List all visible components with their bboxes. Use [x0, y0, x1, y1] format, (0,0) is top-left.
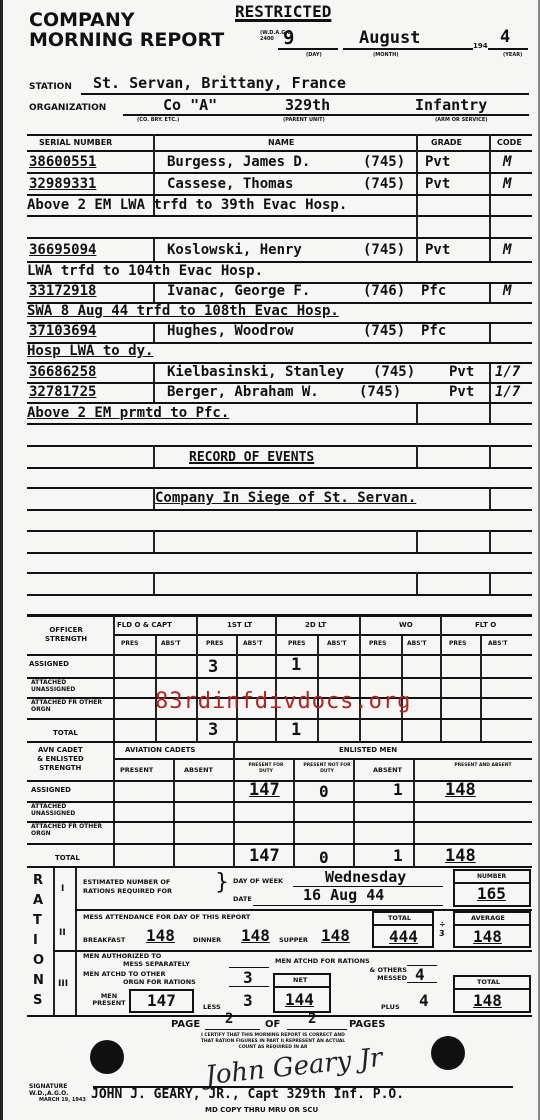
group-fld-o-capt: FLD O & CAPT	[117, 621, 172, 629]
arm-caption: (ARM OR SERVICE)	[435, 117, 488, 123]
section-iii-label: III	[58, 979, 68, 989]
events-col-divider	[416, 445, 418, 467]
page-underline	[205, 1029, 260, 1030]
roster-col-divider	[153, 237, 155, 263]
box-rule	[374, 924, 432, 926]
enlisted-strength-label: AVN CADET & ENLISTED STRENGTH	[37, 746, 84, 773]
subcol-pres: PRES	[449, 640, 466, 647]
label-line: MESSED	[349, 974, 407, 982]
col-serial-header: SERIAL NUMBER	[39, 138, 112, 147]
soldier-name: Burgess, James D.	[167, 154, 310, 170]
col-divider	[173, 760, 175, 867]
date-value: 16 Aug 44	[303, 886, 384, 904]
row-rule	[27, 741, 532, 743]
em-absent: 1	[393, 846, 403, 865]
subheader-rule	[113, 634, 532, 636]
number-value: 165	[477, 884, 506, 903]
form-title-line2: MORNING REPORT	[29, 30, 224, 50]
organization-parent-unit: 329th	[285, 96, 330, 114]
year-caption: (YEAR)	[503, 52, 522, 58]
mos-code: (745)	[363, 242, 405, 258]
row-rule	[27, 237, 532, 239]
subcol-present-for-duty: PRESENT FOR DUTY	[246, 763, 286, 775]
status-code: M	[503, 283, 511, 299]
pages-underline	[287, 1029, 347, 1030]
row-rule	[27, 402, 532, 404]
label-line: AVN CADET	[37, 746, 84, 755]
em-present-duty: 147	[249, 846, 280, 866]
organization-underline	[123, 114, 529, 116]
plus-label: PLUS	[381, 1003, 400, 1011]
row-label: TOTAL	[55, 854, 80, 862]
day-of-week-value: Wednesday	[325, 868, 406, 886]
serial-number: 33172918	[29, 283, 96, 299]
roster-col-divider	[489, 363, 491, 423]
events-entry: Company In Siege of St. Servan.	[155, 490, 416, 506]
form-ref: W.D.,A.G.O.	[29, 1090, 86, 1097]
row-rule	[27, 215, 532, 217]
col-divider	[113, 743, 115, 867]
form-title: COMPANY MORNING REPORT	[29, 10, 224, 50]
mos-code: (745)	[363, 323, 405, 339]
less-label: LESS	[203, 1003, 221, 1011]
rations-letter: I	[33, 933, 38, 948]
subcol-absent: ABSENT	[184, 766, 213, 774]
section-ii-label: II	[59, 928, 66, 938]
net-label: NET	[293, 976, 307, 984]
organization-company: Co "A"	[163, 96, 217, 114]
date-label: DATE	[233, 895, 252, 903]
remark-line: SWA 8 Aug 44 trfd to 108th Evac Hosp.	[27, 303, 339, 319]
soldier-name: Ivanac, George F.	[167, 283, 310, 299]
copy-note: MD COPY THRU MRU OR SCU	[205, 1106, 318, 1114]
report-day: 9	[283, 27, 294, 49]
grade: Pvt	[449, 384, 474, 400]
estimated-rations-label: ESTIMATED NUMBER OF RATIONS REQUIRED FOR	[83, 878, 172, 896]
officer-value: 3	[208, 657, 218, 677]
events-col-divider	[489, 487, 491, 509]
events-col-divider	[489, 572, 491, 594]
row-rule	[27, 530, 532, 532]
col-divider	[480, 636, 482, 742]
subheader-rule	[113, 758, 532, 760]
em-present-absent: 148	[445, 780, 476, 800]
roster-top-border	[27, 134, 532, 136]
row-rule	[27, 843, 532, 845]
status-code: 1/7	[495, 384, 520, 400]
brace: }	[215, 870, 229, 895]
label-line: & OTHERS	[349, 966, 407, 974]
roster-col-divider	[153, 283, 155, 303]
report-year: 4	[500, 27, 510, 47]
group-wo: WO	[399, 621, 413, 629]
serial-number: 32989331	[29, 176, 96, 192]
mos-code: (745)	[363, 176, 405, 192]
row-label: ATTACHED FR OTHER ORGN	[31, 823, 111, 837]
rations-divider	[75, 868, 77, 1016]
officer-value: 1	[291, 655, 301, 675]
label-line: ESTIMATED NUMBER OF	[83, 878, 172, 887]
em-present-duty: 147	[249, 780, 280, 800]
col-divider	[440, 616, 442, 742]
row-rule	[27, 445, 532, 447]
rations-letter: N	[33, 973, 44, 988]
group-2d-lt: 2D LT	[305, 621, 326, 629]
table-border	[27, 614, 532, 617]
row-rule	[27, 172, 532, 174]
col-divider	[196, 616, 198, 742]
organization-arm: Infantry	[415, 96, 487, 114]
section3-total-value: 148	[473, 991, 502, 1010]
subcol-abst: ABS'T	[243, 640, 262, 647]
serial-number: 36695094	[29, 242, 96, 258]
remark-line: Above 2 EM prmtd to Pfc.	[27, 405, 229, 421]
soldier-name: Hughes, Woodrow	[167, 323, 293, 339]
roster-col-divider	[489, 237, 491, 263]
box-rule	[455, 988, 529, 990]
binder-hole-left	[90, 1040, 124, 1074]
roster-col-divider	[489, 322, 491, 342]
row-rule	[27, 423, 532, 425]
mos-code: (746)	[363, 283, 405, 299]
atchd-for-label1: MEN ATCHD FOR RATIONS	[275, 957, 370, 965]
station-label: STATION	[29, 82, 72, 92]
atchd-for-value: 4	[415, 965, 425, 984]
remark-line: Above 2 EM LWA trfd to 39th Evac Hosp.	[27, 197, 347, 213]
label-line: MESS SEPARATELY	[83, 960, 190, 968]
enlisted-men-header: ENLISTED MEN	[339, 746, 397, 754]
label-line: ORGN FOR RATIONS	[83, 978, 196, 986]
signature-label-block: SIGNATURE W.D.,A.G.O. MARCH 19, 1943	[29, 1083, 86, 1104]
morning-report-page: COMPANY MORNING REPORT RESTRICTED (W.D.A…	[0, 0, 540, 1120]
form-title-line1: COMPANY	[29, 10, 224, 30]
roster-col-divider	[416, 134, 418, 241]
subcol-abst: ABS'T	[161, 640, 180, 647]
row-rule	[27, 594, 532, 596]
mess-attendance-label: MESS ATTENDANCE FOR DAY OF THIS REPORT	[83, 913, 250, 921]
average-value: 148	[473, 927, 502, 946]
col-name-header: NAME	[268, 138, 294, 147]
em-present-not-duty: 0	[319, 782, 329, 801]
aviation-cadets-header: AVIATION CADETS	[125, 746, 195, 754]
grade: Pvt	[449, 364, 474, 380]
mos-code: (745)	[373, 364, 415, 380]
events-heading: RECORD OF EVENTS	[189, 450, 314, 465]
row-label: ATTACHED UNASSIGNED	[31, 679, 111, 693]
organization-label: ORGANIZATION	[29, 103, 106, 113]
subcol-pres: PRES	[121, 640, 138, 647]
label-line: RATIONS REQUIRED FOR	[83, 887, 172, 896]
parent-caption: (PARENT UNIT)	[283, 117, 325, 123]
em-present-absent: 148	[445, 846, 476, 866]
subcol-present-not-for-duty: PRESENT NOT FOR DUTY	[300, 763, 354, 775]
events-col-divider	[153, 572, 155, 594]
label-line: MEN ATCHD TO OTHER	[83, 970, 196, 978]
em-absent: 1	[393, 780, 403, 799]
plus-value: 4	[419, 991, 429, 1010]
status-code: 1/7	[495, 364, 520, 380]
officer-value: 1	[291, 720, 301, 740]
col-divider	[353, 760, 355, 867]
label-line: MEN AUTHORIZED TO	[83, 952, 190, 960]
atchd-other-value: 3	[243, 968, 253, 987]
row-label: ATTACHED UNASSIGNED	[31, 803, 111, 817]
subcol-abst: ABS'T	[488, 640, 507, 647]
page-label: PAGE	[171, 1019, 200, 1030]
grade: Pfc	[421, 323, 446, 339]
events-col-divider	[416, 572, 418, 594]
breakfast-label: BREAKFAST	[83, 936, 125, 944]
row-rule	[27, 509, 532, 511]
divide-by-three: ÷ 3	[439, 920, 449, 938]
report-month: August	[359, 28, 420, 48]
officer-value: 3	[208, 720, 218, 740]
supper-value: 148	[321, 926, 350, 945]
soldier-name: Berger, Abraham W.	[167, 384, 319, 400]
mos-code: (745)	[363, 154, 405, 170]
classification-stamp: RESTRICTED	[235, 2, 331, 21]
month-underline	[343, 48, 473, 50]
roster-col-divider	[153, 322, 155, 342]
row-rule	[27, 866, 532, 868]
col-divider	[113, 616, 115, 742]
row-rule	[27, 552, 532, 554]
row-rule	[27, 467, 532, 469]
row-rule	[27, 718, 532, 720]
events-col-divider	[416, 530, 418, 552]
row-rule	[27, 194, 532, 196]
remark-line: Hosp LWA to dy.	[27, 343, 153, 359]
label-line: & ENLISTED	[37, 755, 84, 764]
section3-total-label: TOTAL	[477, 978, 500, 986]
rations-letter: S	[33, 993, 42, 1008]
row-label: ATTACHED FR OTHER ORGN	[31, 699, 111, 713]
watermark: 83rdinfdivdocs.org	[155, 689, 411, 714]
status-code: M	[503, 154, 511, 170]
grade: Pvt	[425, 154, 450, 170]
form-ref-date: MARCH 19, 1943	[29, 1097, 86, 1104]
soldier-name: Cassese, Thomas	[167, 176, 293, 192]
status-code: M	[503, 176, 511, 192]
serial-number: 37103694	[29, 323, 96, 339]
rations-letter: R	[33, 873, 43, 888]
binder-hole-right	[431, 1036, 465, 1070]
company-caption: (CO. BRY. ETC.)	[137, 117, 179, 123]
remark-line: LWA trfd to 104th Evac Hosp.	[27, 263, 263, 279]
roster-header-rule	[27, 150, 532, 152]
row-label: TOTAL	[53, 729, 78, 737]
subcol-present: PRESENT	[120, 766, 153, 774]
total-pages: 2	[308, 1011, 316, 1027]
number-label: NUMBER	[477, 873, 506, 880]
pages-label: PAGES	[349, 1019, 385, 1030]
row-label: ASSIGNED	[31, 786, 71, 794]
supper-label: SUPPER	[279, 936, 308, 944]
mess-total-value: 444	[389, 927, 418, 946]
station-value: St. Servan, Brittany, France	[93, 74, 346, 92]
label-line: OFFICER	[45, 626, 87, 635]
group-1st-lt: 1ST LT	[227, 621, 252, 629]
events-col-divider	[153, 445, 155, 467]
section-i-label: I	[61, 884, 64, 894]
day-of-week-label: DAY OF WEEK	[233, 877, 283, 885]
men-present-label: MEN PRESENT	[91, 993, 127, 1007]
breakfast-value: 148	[146, 926, 175, 945]
less-value: 3	[243, 991, 253, 1010]
of-label: OF	[265, 1019, 280, 1030]
col-code-header: CODE	[497, 138, 522, 147]
net-value: 144	[285, 990, 314, 1009]
subcol-pres: PRES	[206, 640, 223, 647]
subcol-abst: ABS'T	[407, 640, 426, 647]
roster-col-divider	[416, 237, 418, 263]
year-prefix: 194	[473, 42, 488, 50]
status-code: M	[503, 242, 511, 258]
subcol-present-and-absent: PRESENT AND ABSENT	[453, 763, 513, 769]
box-rule	[455, 924, 529, 926]
rations-letter: A	[33, 893, 43, 908]
row-rule	[27, 487, 532, 489]
roster-col-divider	[416, 403, 418, 423]
date-underline	[253, 905, 443, 906]
events-col-divider	[489, 445, 491, 467]
subcol-abst: ABS'T	[327, 640, 346, 647]
events-col-divider	[153, 530, 155, 552]
year-underline	[488, 48, 528, 50]
em-present-not-duty: 0	[319, 848, 329, 867]
subcol-absent-em: ABSENT	[373, 766, 402, 774]
signature-label: SIGNATURE	[29, 1083, 86, 1090]
soldier-name: Kielbasinski, Stanley	[167, 364, 344, 380]
grade: Pvt	[425, 176, 450, 192]
rations-letter: T	[33, 913, 42, 928]
mos-code: (745)	[359, 384, 401, 400]
auth-separately-label: MEN AUTHORIZED TO MESS SEPARATELY	[83, 952, 190, 968]
col-divider	[293, 760, 295, 867]
group-flt-o: FLT O	[475, 621, 496, 629]
serial-number: 36686258	[29, 364, 96, 380]
subcol-pres: PRES	[369, 640, 386, 647]
events-col-divider	[489, 530, 491, 552]
label-line: STRENGTH	[37, 764, 84, 773]
row-label: ASSIGNED	[29, 660, 69, 668]
roster-col-divider	[489, 134, 491, 241]
average-label: AVERAGE	[471, 914, 505, 922]
mess-total-label: TOTAL	[388, 914, 411, 922]
col-divider	[413, 760, 415, 867]
section-rule	[27, 1015, 532, 1017]
men-present-value: 147	[147, 991, 176, 1010]
col-divider	[233, 743, 235, 867]
officer-strength-label: OFFICER STRENGTH	[45, 626, 87, 644]
col-grade-header: GRADE	[431, 138, 462, 147]
atchd-for-label2: & OTHERS MESSED	[349, 966, 407, 982]
grade: Pfc	[421, 283, 446, 299]
row-rule	[27, 572, 532, 574]
atchd-other-label: MEN ATCHD TO OTHER ORGN FOR RATIONS	[83, 970, 196, 986]
serial-number: 38600551	[29, 154, 96, 170]
subcol-pres: PRES	[288, 640, 305, 647]
col-divider	[275, 616, 277, 742]
month-caption: (MONTH)	[373, 52, 399, 58]
day-caption: (DAY)	[306, 52, 322, 58]
label-line: STRENGTH	[45, 635, 87, 644]
row-rule	[27, 654, 532, 656]
box-rule	[275, 986, 329, 988]
roster-col-divider	[489, 283, 491, 303]
serial-number: 32781725	[29, 384, 96, 400]
soldier-name: Koslowski, Henry	[167, 242, 302, 258]
page-number: 2	[225, 1011, 233, 1027]
dinner-label: DINNER	[193, 936, 221, 944]
station-underline	[81, 93, 529, 95]
dinner-value: 148	[241, 926, 270, 945]
rations-divider	[53, 868, 55, 1016]
col-divider	[359, 616, 361, 742]
rations-letter: O	[33, 953, 44, 968]
grade: Pvt	[425, 242, 450, 258]
signature-block: JOHN J. GEARY, JR., Capt 329th Inf. P.O.	[91, 1087, 404, 1102]
